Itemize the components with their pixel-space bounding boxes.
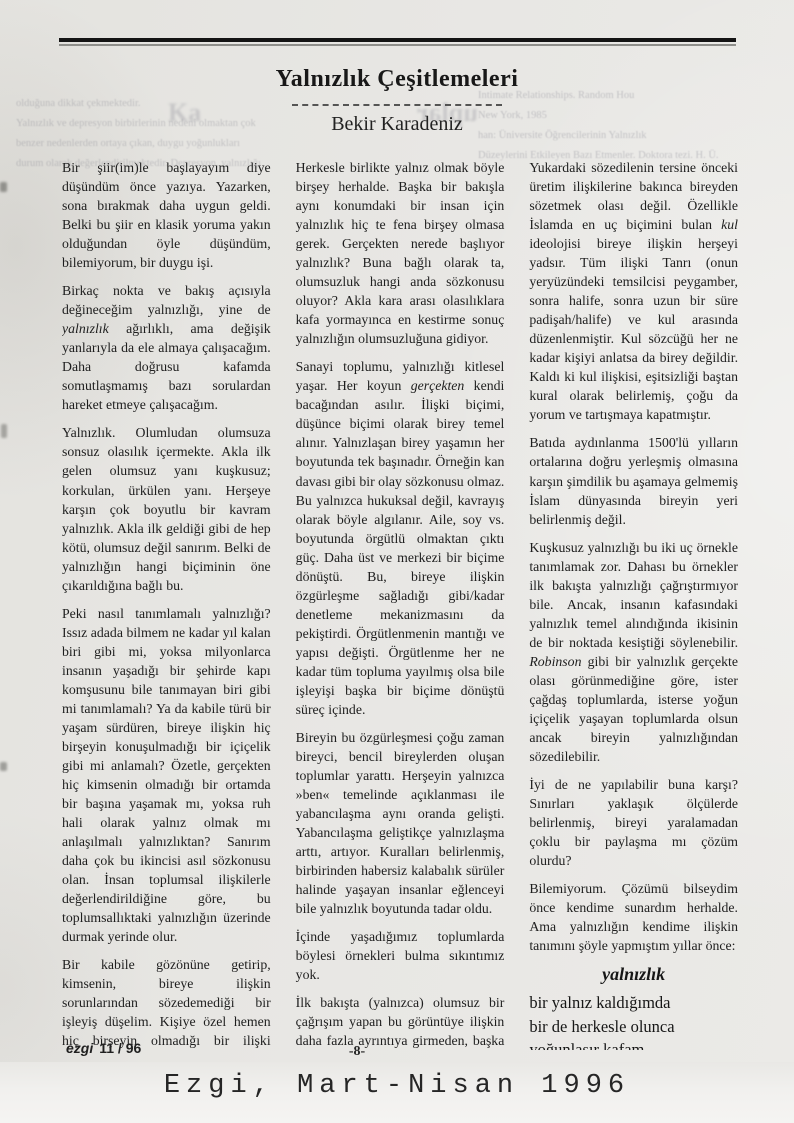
- paragraph: Bir şiir(im)le başlayayım diye düşündüm …: [62, 158, 271, 272]
- paragraph: Herkesle birlikte yalnız olmak böyle bir…: [296, 158, 505, 348]
- article-body: Bir şiir(im)le başlayayım diye düşündüm …: [62, 158, 738, 1050]
- column-2: Herkesle birlikte yalnız olmak böyle bir…: [296, 158, 505, 1050]
- paragraph: Bir kabile gözönüne getirip, kimsenin, b…: [62, 955, 271, 1050]
- bleed-through-line: olduğuna dikkat çekmektedir.: [16, 94, 276, 114]
- caption-text: Ezgi, Mart-Nisan 1996: [0, 1071, 794, 1101]
- column-3-paragraphs: Yukardaki sözedilenin tersine önceki üre…: [529, 158, 738, 955]
- paragraph: Peki nasıl tanımlamalı yalnızlığı? Issız…: [62, 604, 271, 947]
- paragraph: İçinde yaşadığımız toplumlarda böylesi ö…: [296, 927, 505, 984]
- paragraph: Yalnızlık. Olumludan olumsuza sonsuz ola…: [62, 423, 271, 594]
- poem-line: yoğunlaşır kafam: [529, 1038, 738, 1050]
- scan-artifact: [0, 182, 7, 192]
- author-byline: Bekir Karadeniz: [0, 113, 794, 136]
- scan-artifact: [1, 424, 7, 438]
- caption-strip: Ezgi, Mart-Nisan 1996: [0, 1062, 794, 1123]
- dashed-separator: [292, 104, 502, 106]
- rule-thin-line: [59, 44, 736, 46]
- paragraph: Bireyin bu özgürleşmesi çoğu zaman birey…: [296, 728, 505, 918]
- paragraph: İyi de ne yapılabilir buna karşı? Sınırl…: [529, 775, 738, 870]
- page-number: -8-: [332, 1044, 382, 1060]
- paragraph: Birkaç nokta ve bakış açısıyla değineceğ…: [62, 281, 271, 414]
- paragraph: Bilemiyorum. Çözümü bilseydim önce kendi…: [529, 879, 738, 955]
- paragraph: Batıda aydınlanma 1500'lü yılların ortal…: [529, 433, 738, 528]
- column-1: Bir şiir(im)le başlayayım diye düşündüm …: [62, 158, 271, 1050]
- scan-artifact: [0, 762, 7, 771]
- paragraph: Kuşkusuz yalnızlığı bu iki uç örnekle ta…: [529, 538, 738, 766]
- poem-lines: bir yalnız kaldığımdabir de herkesle olu…: [529, 991, 738, 1050]
- journal-mark: ezgi11 / 96: [66, 1040, 141, 1056]
- column-3: Yukardaki sözedilenin tersine önceki üre…: [529, 158, 738, 1050]
- top-double-rule: [59, 38, 736, 46]
- paragraph: Yukardaki sözedilenin tersine önceki üre…: [529, 158, 738, 424]
- paragraph: Sanayi toplumu, yalnızlığı kitlesel yaşa…: [296, 357, 505, 719]
- article-title: Yalnızlık Çeşitlemeleri: [0, 66, 794, 93]
- poem-line: bir de herkesle olunca: [529, 1015, 738, 1038]
- poem-title: yalnızlık: [529, 964, 738, 985]
- journal-name: ezgi: [66, 1040, 93, 1056]
- bleed-through-line: benzer nedenlerden ortaya çıkan, duygu y…: [16, 134, 276, 154]
- journal-issue: 11 / 96: [99, 1040, 141, 1056]
- poem: yalnızlık bir yalnız kaldığımdabir de he…: [529, 964, 738, 1050]
- rule-thick-line: [59, 38, 736, 42]
- scanned-magazine-page: olduğuna dikkat çekmektedir.Yalnızlık ve…: [0, 0, 794, 1123]
- paragraph: İlk bakışta (yalnızca) olumsuz bir çağrı…: [296, 993, 505, 1050]
- poem-line: bir yalnız kaldığımda: [529, 991, 738, 1014]
